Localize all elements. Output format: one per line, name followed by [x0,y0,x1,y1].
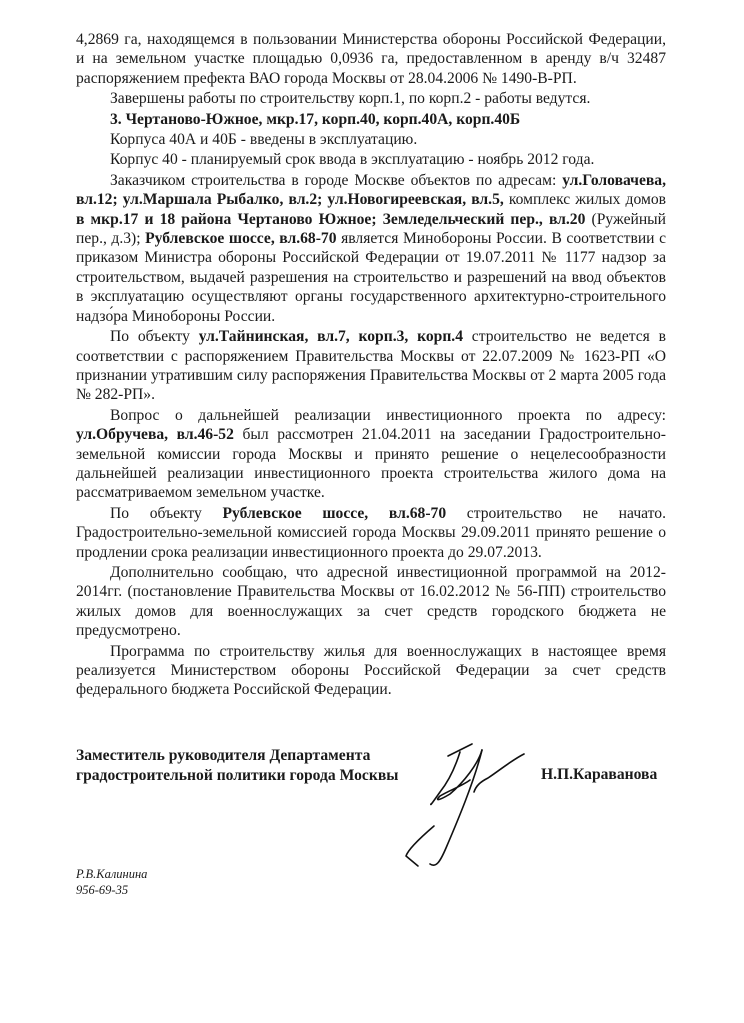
text-run: Программа по строительству жилья для вое… [76,643,666,699]
paragraph: По объекту ул.Тайнинская, вл.7, корп.3, … [76,327,666,405]
emphasized-address: в мкр.17 и 18 района Чертаново Южное; Зе… [76,211,585,228]
paragraph: Программа по строительству жилья для вое… [76,642,666,700]
paragraph: Дополнительно сообщаю, что адресной инве… [76,563,666,641]
paragraph: По объекту Рублевское шоссе, вл.68-70 ст… [76,504,666,562]
executor-name: Р.В.Калинина [76,866,147,882]
text-run: По объекту [110,505,223,522]
emphasized-address: Рублевское шоссе, вл.68-70 [223,505,447,522]
emphasized-address: 3. Чертаново-Южное, мкр.17, корп.40, кор… [110,111,520,128]
text-run: Корпуса 40А и 40Б - введены в эксплуатац… [110,131,417,148]
emphasized-address: ул.Тайнинская, вл.7, корп.3, корп.4 [199,328,463,345]
paragraph: Вопрос о дальнейшей реализации инвестици… [76,406,666,503]
paragraph: 4,2869 га, находящемся в пользовании Мин… [76,30,666,88]
signatory-position: Заместитель руководителя Департамента гр… [76,746,398,786]
executor-info: Р.В.Калинина 956-69-35 [76,866,147,898]
paragraph: Корпуса 40А и 40Б - введены в эксплуатац… [76,130,666,149]
text-run: Завершены работы по строительству корп.1… [110,90,590,107]
paragraph: Заказчиком строительства в городе Москве… [76,171,666,326]
signatory-position-line1: Заместитель руководителя Департамента [76,746,398,766]
text-run: 4,2869 га, находящемся в пользовании Мин… [76,31,666,87]
signatory-name: Н.П.Караванова [541,766,657,784]
text-run: Заказчиком строительства в городе Москве… [110,172,562,189]
emphasized-address: Рублевское шоссе, вл.68-70 [145,230,336,247]
text-run: По объекту [110,328,199,345]
document-page: 4,2869 га, находящемся в пользовании Мин… [0,0,744,1023]
paragraph: Завершены работы по строительству корп.1… [76,89,666,108]
section-heading: 3. Чертаново-Южное, мкр.17, корп.40, кор… [76,110,666,129]
text-run: Дополнительно сообщаю, что адресной инве… [76,564,666,639]
executor-phone: 956-69-35 [76,882,147,898]
signatory-position-line2: градостроительной политики города Москвы [76,766,398,786]
text-run: комплекс жилых домов [504,191,666,208]
paragraph: Корпус 40 - планируемый срок ввода в экс… [76,150,666,169]
handwritten-signature-icon [400,730,540,870]
emphasized-address: ул.Обручева, вл.46-52 [76,426,234,443]
text-run: Вопрос о дальнейшей реализации инвестици… [110,407,666,424]
document-body: 4,2869 га, находящемся в пользовании Мин… [76,30,666,701]
text-run: Корпус 40 - планируемый срок ввода в экс… [110,151,594,168]
